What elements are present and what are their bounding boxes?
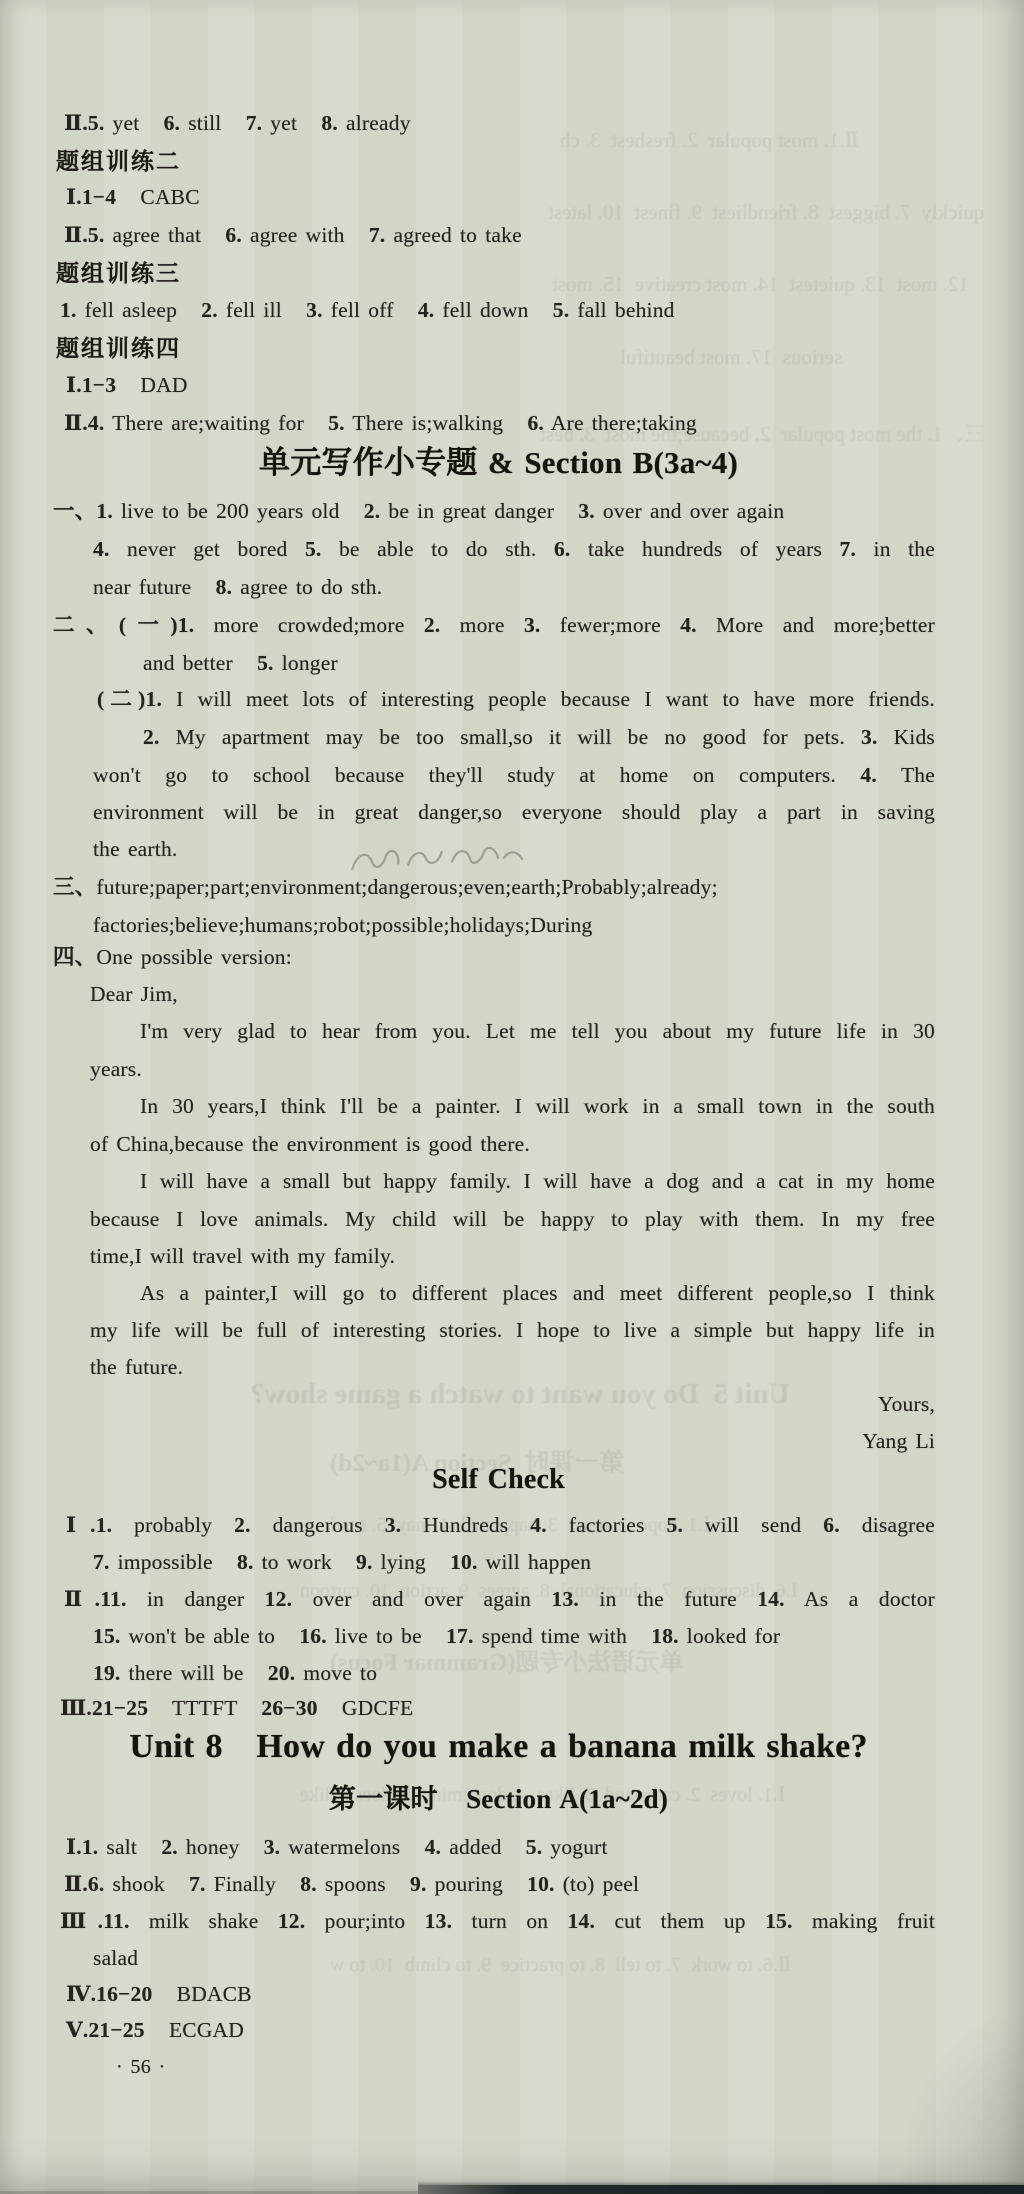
subheading-cn: 题组训练三 bbox=[56, 260, 181, 287]
answer-line: and better 5. longer bbox=[143, 651, 338, 676]
letter-line: my life will be full of interesting stor… bbox=[90, 1318, 935, 1343]
unit8-heading: Unit 8 How do you make a banana milk sha… bbox=[62, 1727, 935, 1767]
answer-line: Ⅱ.11. in danger 12. over and over again … bbox=[64, 1587, 935, 1612]
answer-line: 1. fell asleep 2. fell ill 3. fell off 4… bbox=[60, 298, 675, 323]
answer-line: Ⅱ.5. yet 6. still 7. yet 8. already bbox=[64, 111, 411, 136]
answer-line: 一、1. live to be 200 years old 2. be in g… bbox=[53, 499, 784, 524]
pencil-scribble bbox=[347, 839, 528, 879]
letter-line: I will have a small but happy family. I … bbox=[140, 1169, 935, 1194]
bleedthrough-line: 12. most 13. quietest 14. most creative … bbox=[552, 272, 969, 297]
subheading-cn: 题组训练四 bbox=[56, 335, 181, 362]
answer-line: Ⅰ.1. salt 2. honey 3. watermelons 4. add… bbox=[66, 1835, 608, 1860]
answer-line: the earth. bbox=[93, 837, 178, 862]
page-curl-shade bbox=[874, 1974, 1024, 2194]
letter-line: of China,because the environment is good… bbox=[90, 1132, 530, 1157]
answer-line: 7. impossible 8. to work 9. lying 10. wi… bbox=[93, 1550, 591, 1575]
answer-line: Ⅴ.21−25 ECGAD bbox=[66, 2018, 244, 2043]
answer-line: 19. there will be 20. move to bbox=[93, 1661, 377, 1686]
answer-line: Ⅲ.11. milk shake 12. pour;into 13. turn … bbox=[60, 1909, 935, 1934]
letter-line: Dear Jim, bbox=[90, 982, 178, 1007]
lesson-heading: 第一课时 Section A(1a~2d) bbox=[62, 1784, 935, 1816]
letter-line: because I love animals. My child will be… bbox=[90, 1207, 935, 1232]
answer-line: factories;believe;humans;robot;possible;… bbox=[93, 913, 592, 938]
subheading-cn: 题组训练二 bbox=[56, 148, 181, 175]
scanned-page: Ⅱ.5. yet 6. still 7. yet 8. already题组训练二… bbox=[0, 0, 1024, 2194]
answer-line: environment will be in great danger,so e… bbox=[93, 800, 935, 825]
answer-line: 三、future;paper;part;environment;dangerou… bbox=[53, 875, 718, 900]
answer-line: Ⅲ.21−25 TTTFT 26−30 GDCFE bbox=[60, 1696, 413, 1721]
answer-line: 二、(一)1. more crowded;more 2. more 3. few… bbox=[53, 613, 935, 638]
letter-line: years. bbox=[90, 1057, 142, 1082]
answer-line: 15. won't be able to 16. live to be 17. … bbox=[93, 1624, 780, 1649]
answer-line: Ⅰ.1−3 DAD bbox=[66, 373, 188, 398]
letter-line: the future. bbox=[90, 1355, 183, 1380]
answer-line: won't go to school because they'll study… bbox=[93, 763, 935, 788]
letter-line: In 30 years,I think I'll be a painter. I… bbox=[140, 1094, 935, 1119]
answer-line: Ⅰ.1. probably 2. dangerous 3. Hundreds 4… bbox=[66, 1513, 935, 1538]
bleedthrough-line: Ⅱ.6. to work 7. to tell 8. to practice 9… bbox=[330, 1952, 791, 1977]
bleedthrough-line: Ⅱ.1. most popular 2. freshest 3. ch bbox=[560, 128, 859, 153]
answer-line: (二)1. I will meet lots of interesting pe… bbox=[97, 687, 935, 712]
section-heading: 单元写作小专题 & Section B(3a~4) bbox=[62, 445, 935, 482]
page-number: · 56 · bbox=[116, 2056, 166, 2080]
selfcheck-heading: Self Check bbox=[62, 1463, 935, 1496]
letter-signature: Yang Li bbox=[0, 1429, 935, 1454]
letter-line: As a painter,I will go to different plac… bbox=[140, 1281, 935, 1306]
answer-line: 2. My apartment may be too small,so it w… bbox=[143, 725, 935, 750]
answer-line: 四、One possible version: bbox=[53, 945, 292, 970]
answer-line: Ⅱ.4. There are;waiting for 5. There is;w… bbox=[64, 411, 697, 436]
answer-line: Ⅰ.1−4 CABC bbox=[66, 185, 200, 210]
letter-line: I'm very glad to hear from you. Let me t… bbox=[140, 1019, 935, 1044]
letter-line: time,I will travel with my family. bbox=[90, 1244, 395, 1269]
answer-line: Ⅱ.5. agree that 6. agree with 7. agreed … bbox=[64, 223, 522, 248]
answer-line: 4. never get bored 5. be able to do sth.… bbox=[93, 537, 935, 562]
answer-line: salad bbox=[93, 1946, 138, 1971]
answer-line: near future 8. agree to do sth. bbox=[93, 575, 382, 600]
letter-signoff: Yours, bbox=[0, 1392, 935, 1417]
answer-line: Ⅳ.16−20 BDACB bbox=[66, 1982, 252, 2007]
bleedthrough-line: serious 17. most beautiful bbox=[620, 345, 842, 370]
bleedthrough-line: quickly 7. biggest 8. friendliest 9. fin… bbox=[548, 200, 984, 225]
answer-line: Ⅱ.6. shook 7. Finally 8. spoons 9. pouri… bbox=[64, 1872, 639, 1897]
